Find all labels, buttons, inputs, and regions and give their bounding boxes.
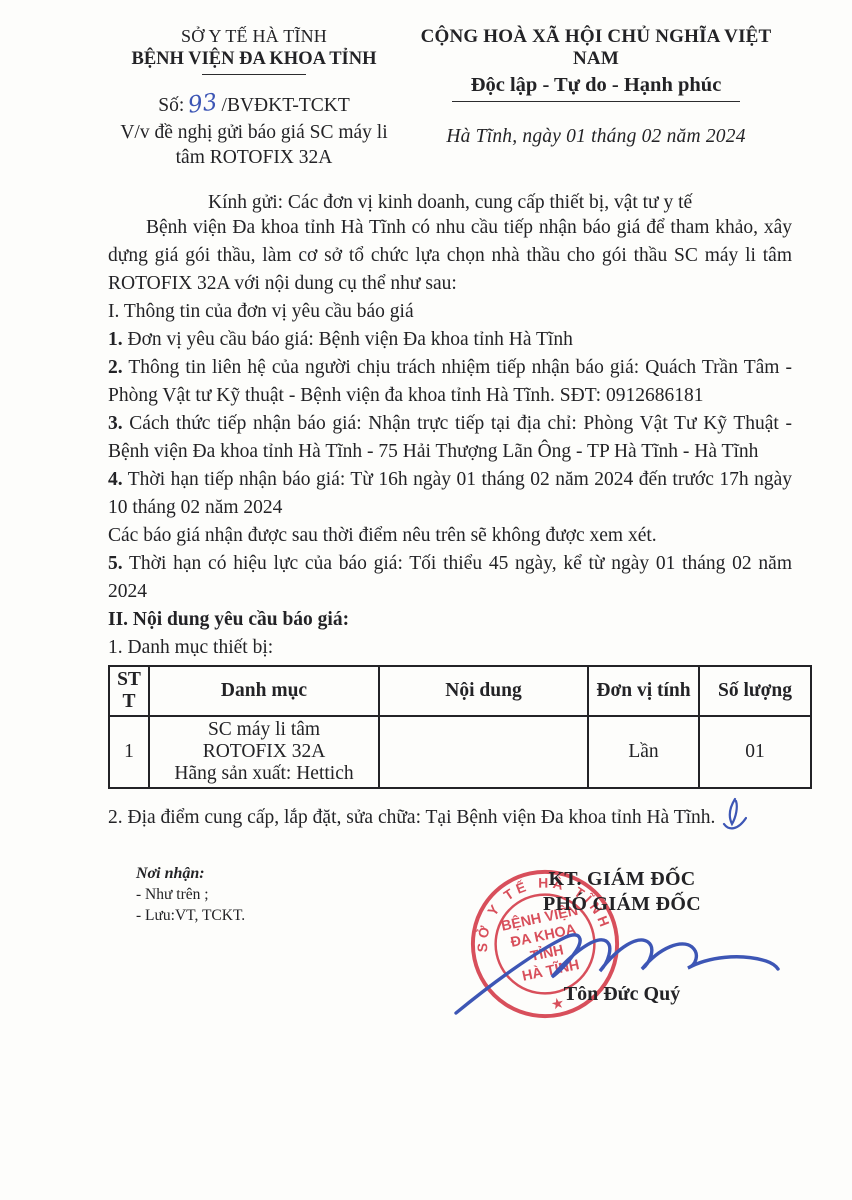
cell-danh-muc: SC máy li tâm ROTOFIX 32A Hãng sản xuất:… <box>149 716 379 788</box>
doc-subject-line1: V/v đề nghị gửi báo giá SC máy li <box>108 120 400 145</box>
cell-danh-muc-line1: SC máy li tâm <box>154 719 374 741</box>
item-3-number: 3. <box>108 413 123 434</box>
item-3: 3. Cách thức tiếp nhận báo giá: Nhận trự… <box>108 410 792 466</box>
col-header-don-vi-tinh: Đơn vị tính <box>588 666 699 716</box>
section-1-heading: I. Thông tin của đơn vị yêu cầu báo giá <box>108 298 792 326</box>
cell-stt: 1 <box>109 716 149 788</box>
item-1-text: Đơn vị yêu cầu báo giá: Bệnh viện Đa kho… <box>123 329 573 350</box>
cell-noi-dung <box>379 716 588 788</box>
item-5: 5. Thời hạn có hiệu lực của báo giá: Tối… <box>108 550 792 606</box>
footer: Nơi nhận: - Như trên ; - Lưu:VT, TCKT. S… <box>108 863 792 1113</box>
cell-so-luong: 01 <box>699 716 811 788</box>
doc-number-suffix: /BVĐKT-TCKT <box>222 95 350 116</box>
org-block: SỞ Y TẾ HÀ TĨNH BỆNH VIỆN ĐA KHOA TỈNH S… <box>108 26 400 170</box>
doc-number-handwritten: 93 <box>187 89 219 118</box>
location-text: 2. Địa điểm cung cấp, lắp đặt, sửa chữa:… <box>108 807 715 828</box>
sign-title-1: KT. GIÁM ĐỐC <box>444 867 800 892</box>
cell-don-vi: Lần <box>588 716 699 788</box>
doc-subject: V/v đề nghị gửi báo giá SC máy li tâm RO… <box>108 120 400 170</box>
letterhead: SỞ Y TẾ HÀ TĨNH BỆNH VIỆN ĐA KHOA TỈNH S… <box>108 26 792 170</box>
cell-danh-muc-line3: Hãng sản xuất: Hettich <box>154 763 374 785</box>
signature-block: KT. GIÁM ĐỐC PHÓ GIÁM ĐỐC Tôn Đức Quý <box>444 867 800 1006</box>
item-1-number: 1. <box>108 329 123 350</box>
sign-title-2: PHÓ GIÁM ĐỐC <box>444 892 800 917</box>
national-motto: Độc lập - Tự do - Hạnh phúc <box>400 74 792 97</box>
col-header-noi-dung: Nội dung <box>379 666 588 716</box>
doc-subject-line2: tâm ROTOFIX 32A <box>108 145 400 170</box>
doc-number-prefix: Số: <box>158 95 184 116</box>
table-label: 1. Danh mục thiết bị: <box>108 634 792 662</box>
country-title: CỘNG HOÀ XÃ HỘI CHỦ NGHĨA VIỆT NAM <box>400 26 792 70</box>
org-parent-name: SỞ Y TẾ HÀ TĨNH <box>108 26 400 47</box>
dateline: Hà Tĩnh, ngày 01 tháng 02 năm 2024 <box>400 126 792 148</box>
equipment-table: STT Danh mục Nội dung Đơn vị tính Số lượ… <box>108 665 812 789</box>
note-line: Các báo giá nhận được sau thời điểm nêu … <box>108 522 792 550</box>
org-name: BỆNH VIỆN ĐA KHOA TỈNH <box>108 49 400 70</box>
item-5-text: Thời hạn có hiệu lực của báo giá: Tối th… <box>108 553 792 602</box>
col-header-so-luong: Số lượng <box>699 666 811 716</box>
item-4: 4. Thời hạn tiếp nhận báo giá: Từ 16h ng… <box>108 466 792 522</box>
paraph-mark-icon <box>721 797 747 839</box>
item-4-text: Thời hạn tiếp nhận báo giá: Từ 16h ngày … <box>108 469 792 518</box>
signer-name: Tôn Đức Quý <box>444 983 800 1006</box>
col-header-danh-muc: Danh mục <box>149 666 379 716</box>
scanned-document-page: SỞ Y TẾ HÀ TĨNH BỆNH VIỆN ĐA KHOA TỈNH S… <box>0 0 852 1200</box>
item-2-number: 2. <box>108 357 123 378</box>
org-underline <box>202 74 306 75</box>
location-line: 2. Địa điểm cung cấp, lắp đặt, sửa chữa:… <box>108 797 792 839</box>
item-2-text: Thông tin liên hệ của người chịu trách n… <box>108 357 792 406</box>
doc-number: Số:93/BVĐKT-TCKT <box>108 91 400 117</box>
item-1: 1. Đơn vị yêu cầu báo giá: Bệnh viện Đa … <box>108 326 792 354</box>
col-header-stt: STT <box>109 666 149 716</box>
salutation-line: Kính gửi: Các đơn vị kinh doanh, cung cấ… <box>108 192 792 214</box>
table-row: 1 SC máy li tâm ROTOFIX 32A Hãng sản xuấ… <box>109 716 811 788</box>
item-4-number: 4. <box>108 469 123 490</box>
intro-paragraph: Bệnh viện Đa khoa tỉnh Hà Tĩnh có nhu cầ… <box>108 214 792 298</box>
item-3-text: Cách thức tiếp nhận báo giá: Nhận trực t… <box>108 413 792 462</box>
item-2: 2. Thông tin liên hệ của người chịu trác… <box>108 354 792 410</box>
motto-underline <box>452 101 740 102</box>
cell-danh-muc-line2: ROTOFIX 32A <box>154 741 374 763</box>
section-2-heading: II. Nội dung yêu cầu báo giá: <box>108 606 792 634</box>
national-block: CỘNG HOÀ XÃ HỘI CHỦ NGHĨA VIỆT NAM Độc l… <box>400 26 792 148</box>
table-header-row: STT Danh mục Nội dung Đơn vị tính Số lượ… <box>109 666 811 716</box>
item-5-number: 5. <box>108 553 123 574</box>
